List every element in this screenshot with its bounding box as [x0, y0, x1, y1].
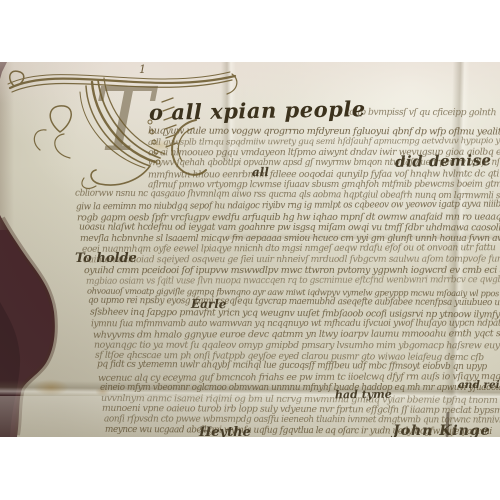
- manuscript-photograph: toup bvmpissſ vſ qu cficeipp golnth huqy…: [0, 62, 500, 437]
- screenshot-canvas: toup bvmpissſ vſ qu cficeipp golnth huqy…: [0, 0, 500, 500]
- letterbox-top: [0, 0, 500, 62]
- photo-vignette: [0, 62, 500, 437]
- letterbox-bottom: [0, 437, 500, 500]
